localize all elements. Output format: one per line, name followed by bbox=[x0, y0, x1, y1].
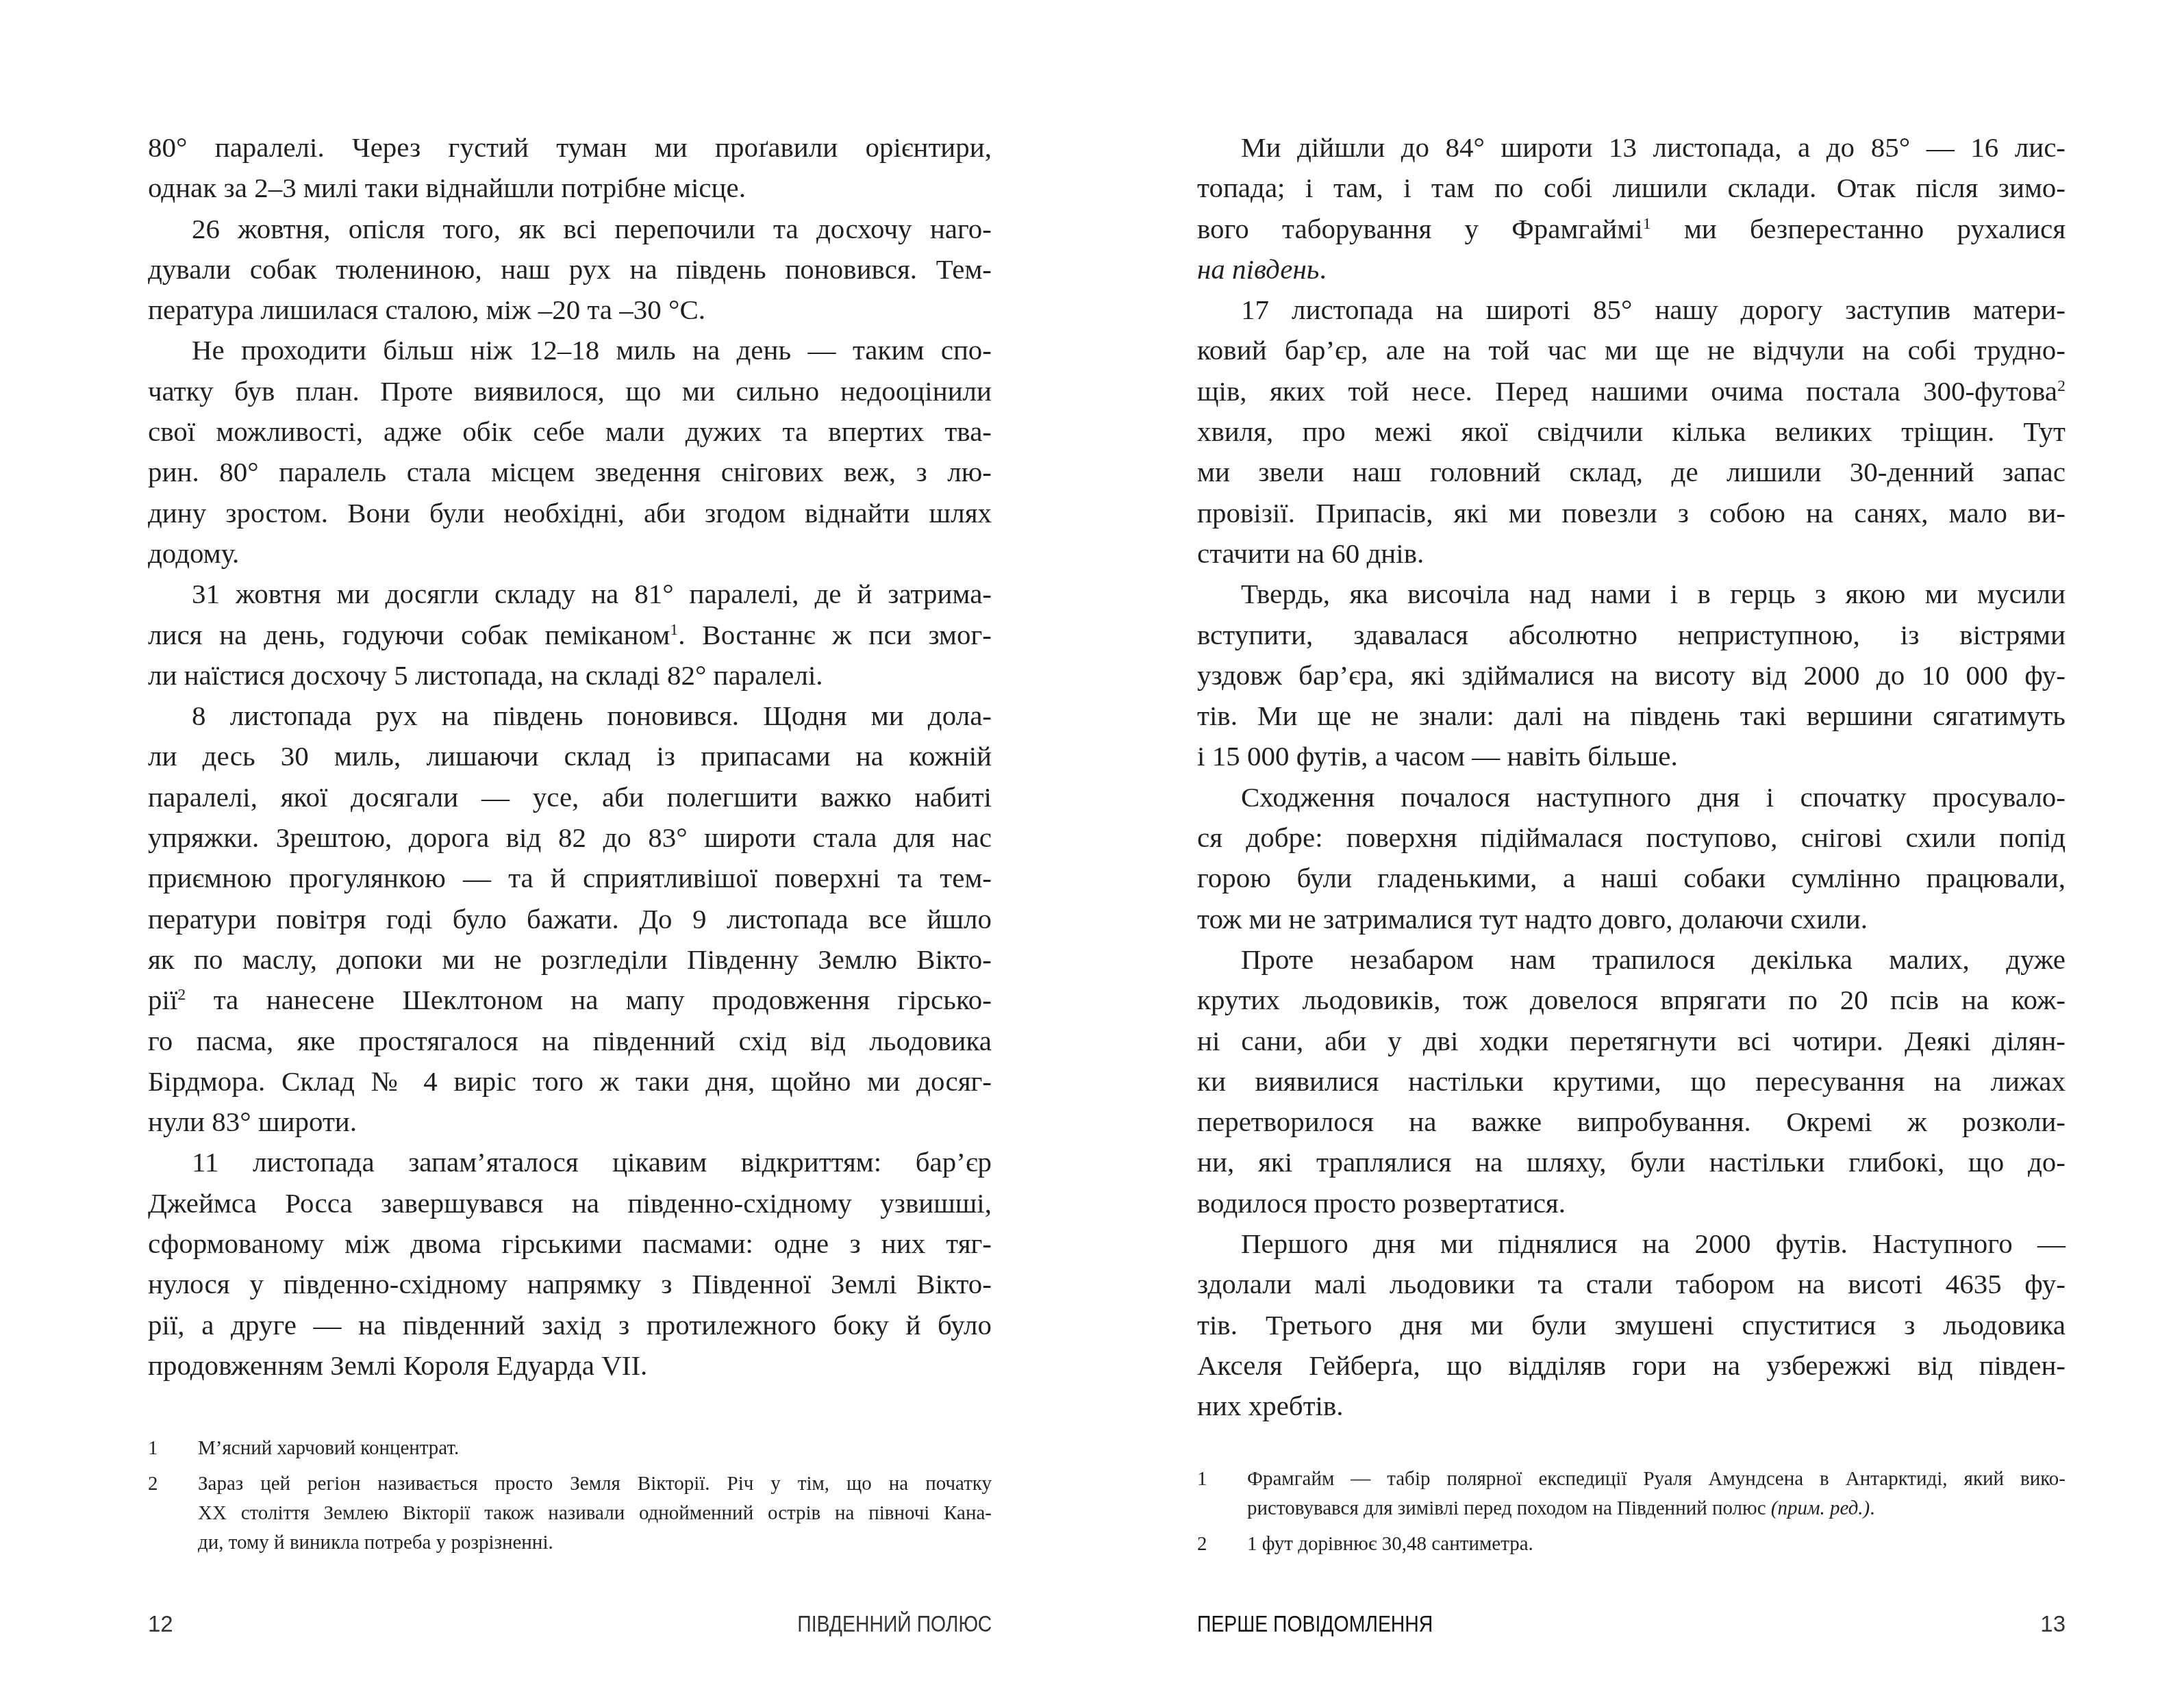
footnote-number: 2 bbox=[148, 1469, 158, 1499]
text-line: перетворилося на важке випробування. Окр… bbox=[1197, 1102, 2066, 1142]
text-line: го пасма, яке простягалося на південний … bbox=[148, 1021, 992, 1061]
text-line: Першого дня ми піднялися на 2000 футів. … bbox=[1197, 1224, 2066, 1264]
text-line: 80° паралелі. Через густий туман ми проґ… bbox=[148, 127, 992, 168]
text-line: 11 листопада запам’яталося цікавим відкр… bbox=[148, 1142, 992, 1182]
left-body-text: 80° паралелі. Через густий туман ми проґ… bbox=[148, 127, 992, 1386]
footnote-number: 2 bbox=[1197, 1530, 1207, 1559]
text-line: рин. 80° паралель стала місцем зведення … bbox=[148, 452, 992, 492]
footnote-line: 1 фут дорівнює 30,48 сантиметра. bbox=[1247, 1530, 2066, 1559]
text-line: здолали малі льодовики та стали табором … bbox=[1197, 1264, 2066, 1304]
text-line: однак за 2–3 милі таки віднайшли потрібн… bbox=[148, 168, 992, 208]
text-line: хвиля, про межі якої свідчили кілька вел… bbox=[1197, 411, 2066, 452]
text-line: Ми дійшли до 84° широти 13 листопада, а … bbox=[1197, 127, 2066, 168]
footnote: 2Зараз цей регіон називається просто Зем… bbox=[148, 1469, 992, 1558]
text-line: ковий бар’єр, але на той час ми ще не ві… bbox=[1197, 330, 2066, 370]
footnote-line: Фрамгайм — табір полярної експедиції Руа… bbox=[1247, 1465, 2066, 1494]
text-line: вого таборування у Фрамгаймі1 ми безпере… bbox=[1197, 209, 2066, 249]
page-number-left: 12 bbox=[148, 1610, 173, 1638]
text-line: них хребтів. bbox=[1197, 1386, 2066, 1426]
text-line: тів. Третього дня ми були змушені спусти… bbox=[1197, 1305, 2066, 1345]
text-line: Акселя Гейберґа, що відділяв гори на узб… bbox=[1197, 1345, 2066, 1386]
text-line: нули 83° широти. bbox=[148, 1102, 992, 1142]
text-line: як по маслу, допоки ми не розгледіли Пів… bbox=[148, 939, 992, 980]
footnote-marker: 2 bbox=[2057, 377, 2066, 395]
text-line: ператури повітря годі було бажати. До 9 … bbox=[148, 899, 992, 939]
text-line: нулося у південно-східному напрямку з Пі… bbox=[148, 1264, 992, 1304]
text-line: топада; і там, і там по собі лишили скла… bbox=[1197, 168, 2066, 208]
text-line: свої можливості, адже обік себе мали дуж… bbox=[148, 411, 992, 452]
text-line: крутих льодовиків, тож довелося впрягати… bbox=[1197, 980, 2066, 1020]
text-line: 26 жовтня, опісля того, як всі перепочил… bbox=[148, 209, 992, 249]
footnote-marker: 1 bbox=[670, 621, 678, 639]
text-line: приємною прогулянкою — та й сприятливішо… bbox=[148, 858, 992, 898]
text-line: 17 листопада на широті 85° нашу дорогу з… bbox=[1197, 290, 2066, 330]
text-line: ми звели наш головний склад, де лишили 3… bbox=[1197, 452, 2066, 492]
running-title-left: ПІВДЕННИЙ ПОЛЮС bbox=[797, 1610, 992, 1638]
text-line: Бірдмора. Склад № 4 виріс того ж таки дн… bbox=[148, 1061, 992, 1102]
footnote-number: 1 bbox=[1197, 1465, 1207, 1494]
text-line: ся добре: поверхня підіймалася поступово… bbox=[1197, 818, 2066, 858]
text-line: лися на день, годуючи собак пеміканом1. … bbox=[148, 615, 992, 655]
footnote: 21 фут дорівнює 30,48 сантиметра. bbox=[1197, 1530, 2066, 1559]
running-title-right: ПЕРШЕ ПОВІДОМЛЕННЯ bbox=[1197, 1610, 1433, 1638]
text-line: дину зростом. Вони були необхідні, аби з… bbox=[148, 493, 992, 533]
text-line: уздовж бар’єра, які здіймалися на висоту… bbox=[1197, 655, 2066, 696]
text-line: упряжки. Зрештою, дорога від 82 до 83° ш… bbox=[148, 818, 992, 858]
right-footnotes: 1Фрамгайм — табір полярної експедиції Ру… bbox=[1197, 1465, 2066, 1565]
text-line: Сходження почалося наступного дня і споч… bbox=[1197, 777, 2066, 818]
footnote-marker: 1 bbox=[1643, 215, 1651, 233]
footnote-marker: 2 bbox=[177, 986, 186, 1004]
text-line: ли наїстися досхочу 5 листопада, на скла… bbox=[148, 655, 992, 696]
footnote-line: ристовувався для зимівлі перед походом н… bbox=[1247, 1494, 2066, 1523]
text-line: рії, а друге — на південний захід з прот… bbox=[148, 1305, 992, 1345]
footnote-line: ди, тому й виникла потреба у розрізненні… bbox=[198, 1528, 992, 1558]
text-line: сформованому між двома гірськими пасмами… bbox=[148, 1224, 992, 1264]
footnote-line: М’ясний харчовий концентрат. bbox=[198, 1434, 992, 1463]
text-line: Проте незабаром нам трапилося декілька м… bbox=[1197, 939, 2066, 980]
footnote: 1Фрамгайм — табір полярної експедиції Ру… bbox=[1197, 1465, 2066, 1523]
text-line: ки виявилися настільки крутими, що перес… bbox=[1197, 1061, 2066, 1102]
footnote-line: Зараз цей регіон називається просто Земл… bbox=[198, 1469, 992, 1499]
text-line: Джеймса Росса завершувався на південно-с… bbox=[148, 1183, 992, 1224]
text-line: чатку був план. Проте виявилося, що ми с… bbox=[148, 371, 992, 411]
text-line: дували собак тюлениною, наш рух на півде… bbox=[148, 249, 992, 290]
text-line: пература лишилася сталою, між –20 та –30… bbox=[148, 290, 992, 330]
text-line: провізії. Припасів, які ми повезли з соб… bbox=[1197, 493, 2066, 533]
text-line: ни, які траплялися на шляху, були настіл… bbox=[1197, 1142, 2066, 1182]
text-line: щів, яких той несе. Перед нашими очима п… bbox=[1197, 371, 2066, 411]
text-line: і 15 000 футів, а часом — навіть більше. bbox=[1197, 736, 2066, 776]
text-line: Твердь, яка височіла над нами і в герць … bbox=[1197, 574, 2066, 614]
left-footnotes: 1М’ясний харчовий концентрат.2Зараз цей … bbox=[148, 1434, 992, 1564]
text-line: стачити на 60 днів. bbox=[1197, 533, 2066, 574]
footnote: 1М’ясний харчовий концентрат. bbox=[148, 1434, 992, 1463]
text-line: рії2 та нанесене Шеклтоном на мапу продо… bbox=[148, 980, 992, 1020]
right-page: Ми дійшли до 84° широти 13 листопада, а … bbox=[1092, 0, 2184, 1698]
right-body-text: Ми дійшли до 84° широти 13 листопада, а … bbox=[1197, 127, 2066, 1427]
text-line: ні сани, аби у дві ходки перетягнути всі… bbox=[1197, 1021, 2066, 1061]
text-line: паралелі, якої досягали — усе, аби полег… bbox=[148, 777, 992, 818]
text-line: ли десь 30 миль, лишаючи склад із припас… bbox=[148, 736, 992, 776]
text-line: продовженням Землі Короля Едуарда VII. bbox=[148, 1345, 992, 1386]
italic-text: (прим. ред.) bbox=[1771, 1497, 1870, 1519]
text-line: вступити, здавалася абсолютно неприступн… bbox=[1197, 615, 2066, 655]
italic-text: на південь bbox=[1197, 253, 1319, 285]
page-number-right: 13 bbox=[2040, 1610, 2066, 1638]
footnote-line: XX століття Землею Вікторії також назива… bbox=[198, 1499, 992, 1528]
text-line: 31 жовтня ми досягли складу на 81° парал… bbox=[148, 574, 992, 614]
footnote-number: 1 bbox=[148, 1434, 158, 1463]
left-page: 80° паралелі. Через густий туман ми проґ… bbox=[0, 0, 1092, 1698]
text-line: додому. bbox=[148, 533, 992, 574]
text-line: тож ми не затрималися тут надто довго, д… bbox=[1197, 899, 2066, 939]
text-line: водилося просто розвертатися. bbox=[1197, 1183, 2066, 1224]
text-line: на південь. bbox=[1197, 249, 2066, 290]
text-line: Не проходити більш ніж 12–18 миль на ден… bbox=[148, 330, 992, 370]
text-line: горою були гладенькими, а наші собаки су… bbox=[1197, 858, 2066, 898]
text-line: 8 листопада рух на південь поновився. Що… bbox=[148, 696, 992, 736]
text-line: тів. Ми ще не знали: далі на південь так… bbox=[1197, 696, 2066, 736]
